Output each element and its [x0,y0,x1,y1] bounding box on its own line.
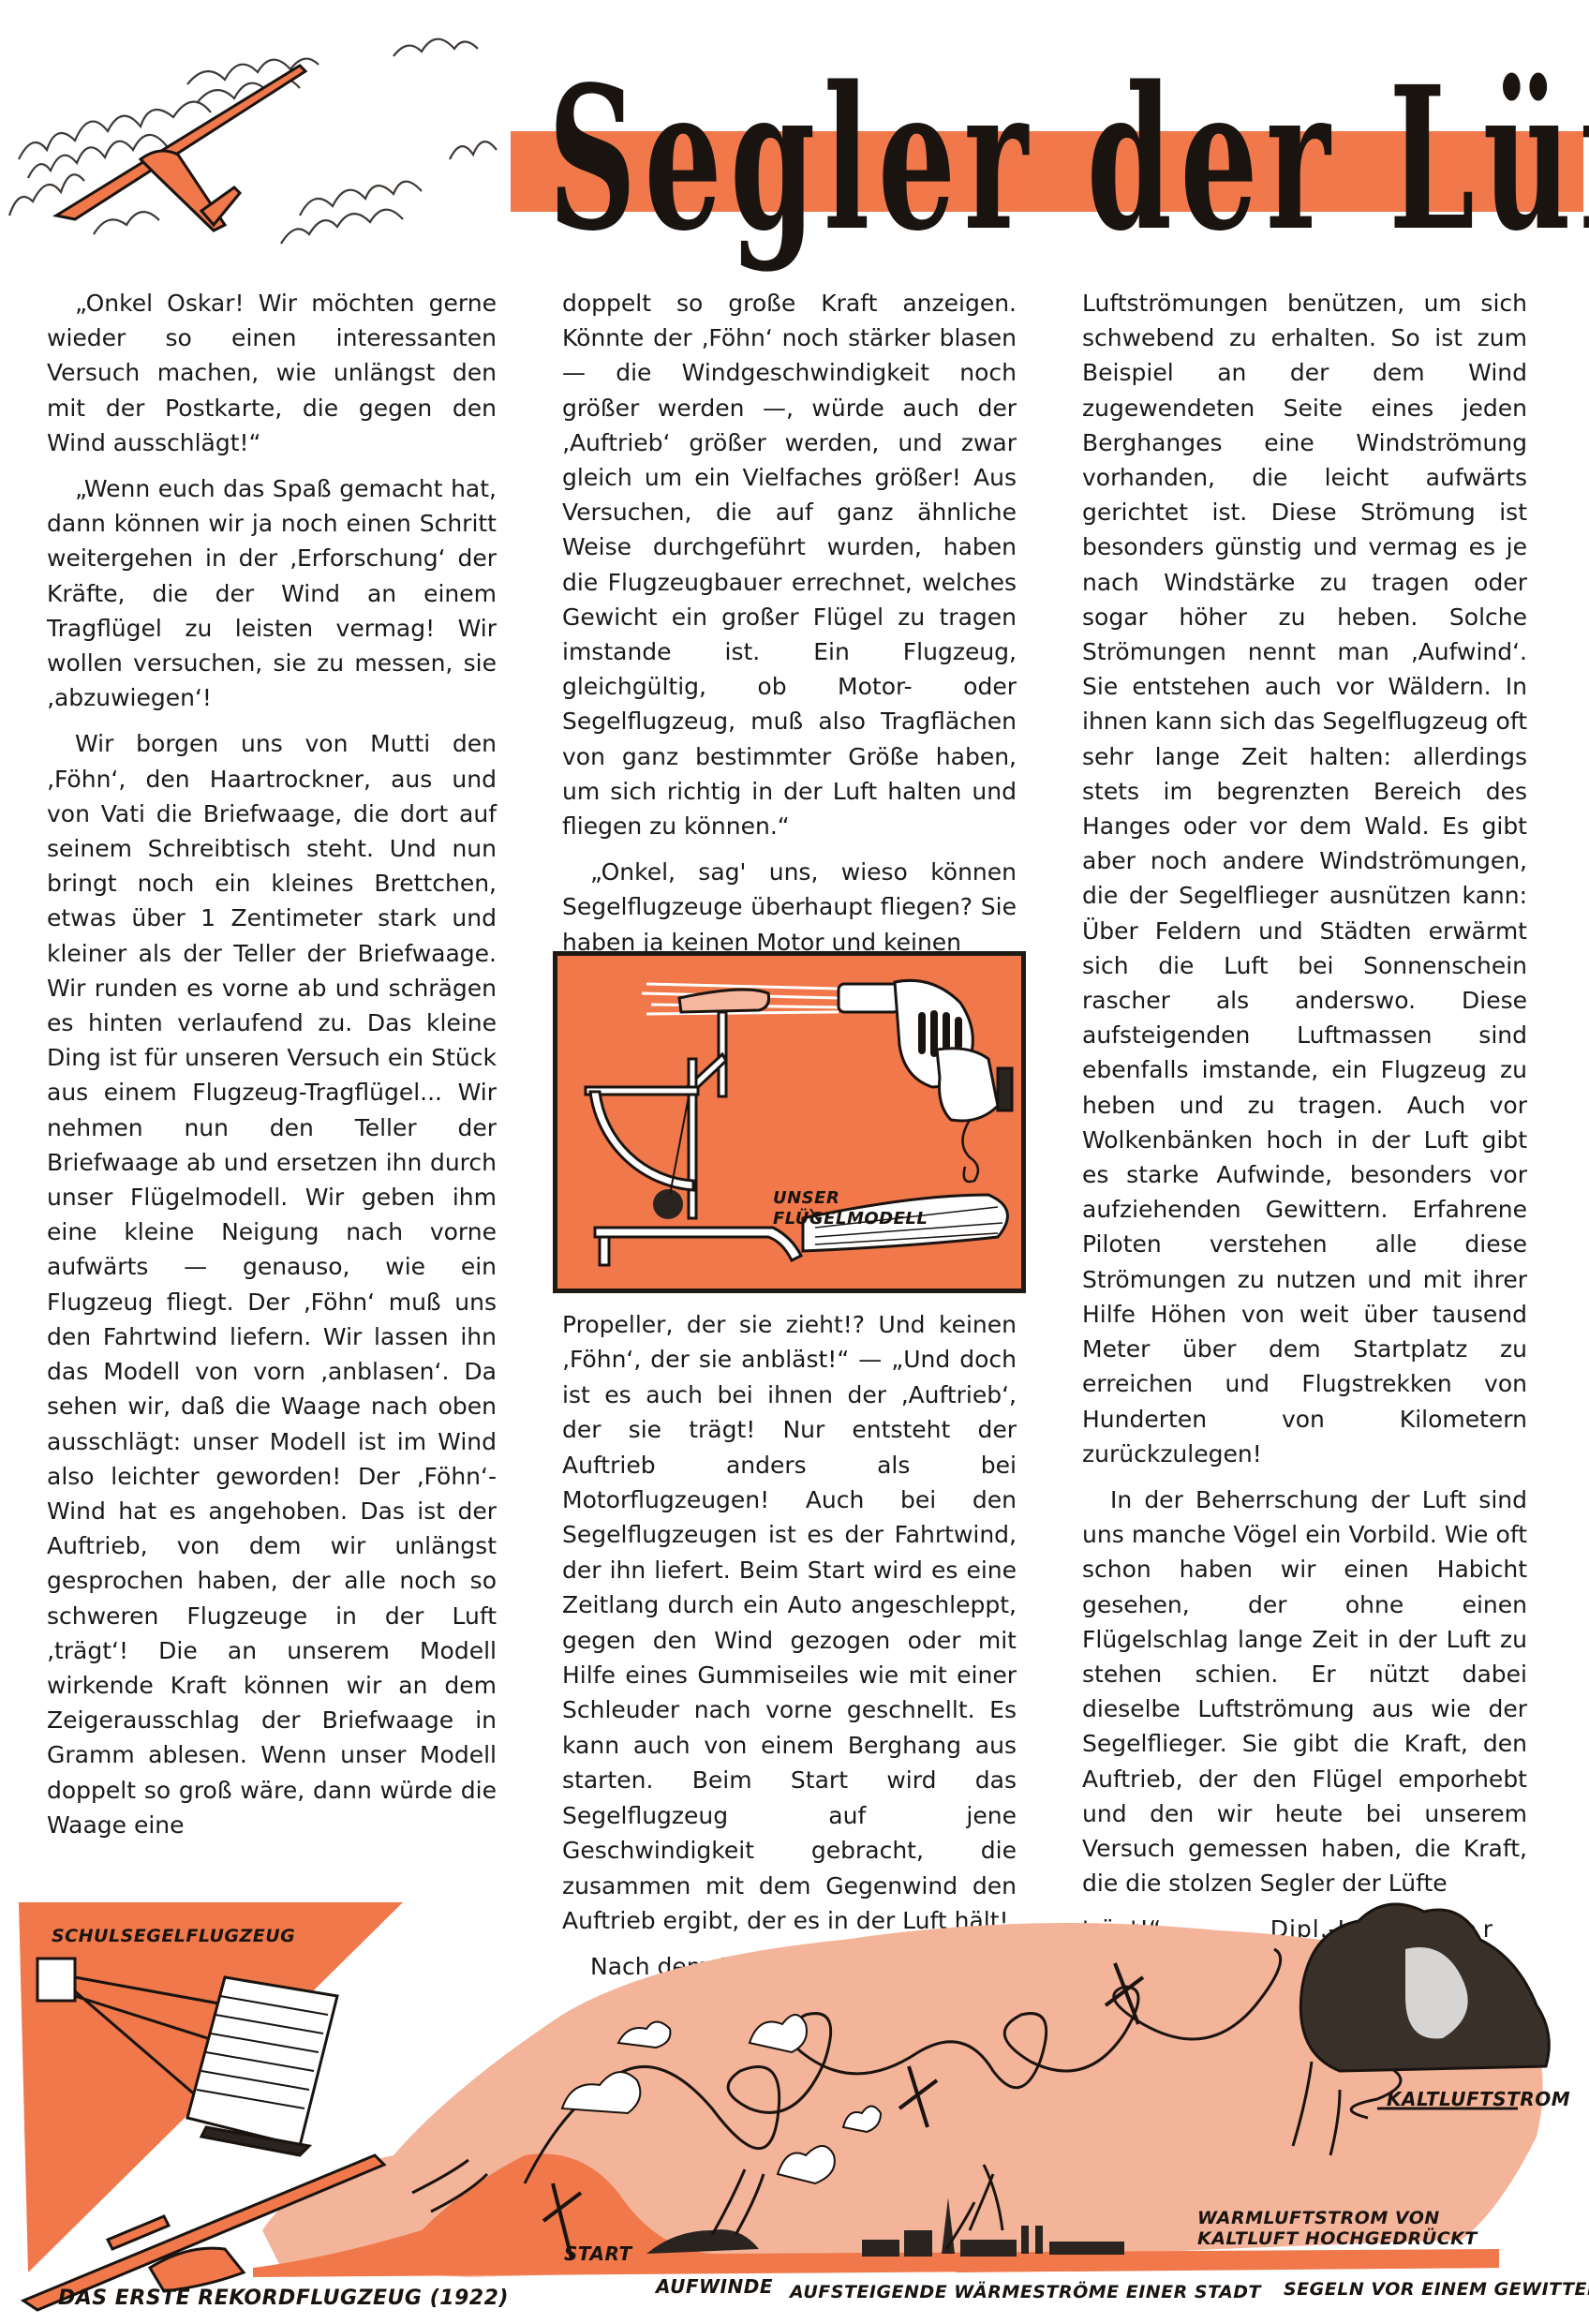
article-column-1: „Onkel Oskar! Wir möchten gerne wieder s… [47,286,497,1854]
label-school-glider: SCHULSEGELFLUGZEUG [52,1926,295,1946]
paragraph: „Wenn euch das Spaß gemacht hat, dann kö… [47,471,497,715]
label-storm-soaring: SEGELN VOR EINEM GEWITTER [1284,2279,1589,2300]
paragraph: Propeller, der sie zieht!? Und keinen ‚F… [562,1307,1017,1938]
label-record-glider: DAS ERSTE REKORDFLUGZEUG (1922) [58,2287,509,2310]
paragraph: Luftströmungen benützen, um sich schwebe… [1082,286,1527,1471]
paragraph: Wir borgen uns von Mutti den ‚Föhn‘, den… [47,726,497,1842]
wing-model-label: UNSER FLÜGELMODELL [773,1188,928,1229]
paragraph: doppelt so große Kraft anzeigen. Könnte … [562,286,1017,843]
paragraph: „Onkel, sag' uns, wieso können Segelflug… [562,855,1017,960]
label-start: START [564,2242,632,2265]
label-thermals: AUFSTEIGENDE WÄRMESTRÖME EINER STADT [790,2282,1261,2302]
paragraph: In der Beherrschung der Luft sind uns ma… [1082,1482,1527,1900]
hand-icon [937,1049,998,1121]
paragraph: „Onkel Oskar! Wir möchten gerne wieder s… [47,286,497,460]
glider-in-clouds-illustration [0,28,525,262]
article-column-3: Luftströmungen benützen, um sich schwebe… [1082,286,1527,1947]
letter-scale-experiment-illustration: UNSER FLÜGELMODELL [553,951,1026,1293]
magazine-page: Segler der Lüfte „Onkel Oskar! Wir möcht… [0,0,1589,2324]
letter-scale-icon [586,1012,801,1265]
page-title: Segler der Lüfte [548,47,1193,272]
wing-model-icon [679,990,769,1012]
article-column-2-top: doppelt so große Kraft anzeigen. Könnte … [562,286,1017,971]
hair-dryer-icon [839,980,1012,1121]
soaring-flight-illustration: SCHULSEGELFLUGZEUG DAS ERSTE REKORDFLUGZ… [0,1874,1589,2324]
letter-scale-and-hairdryer-drawing [557,956,1021,1289]
label-warm-air-stream: WARMLUFTSTROM VON KALTLUFT HOCHGEDRÜCKT [1197,2208,1478,2249]
label-updrafts: AUFWINDE [656,2275,773,2298]
label-cold-air-stream: KALTLUFTSTROM [1387,2088,1570,2110]
